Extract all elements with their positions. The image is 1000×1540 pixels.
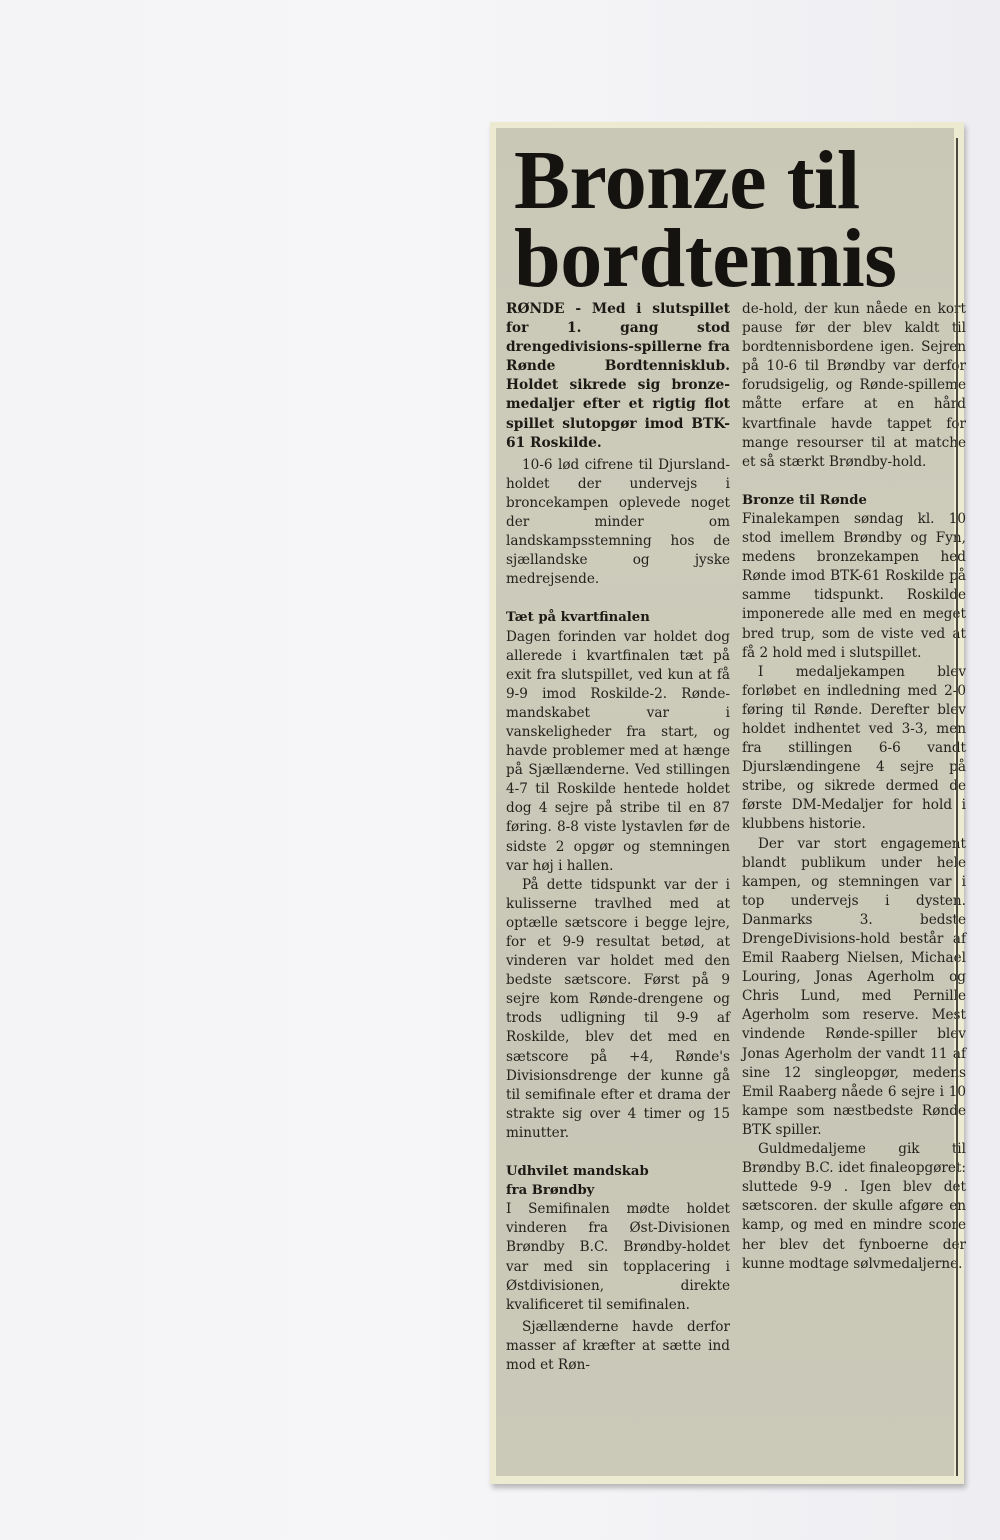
paragraph-5: Sjællænderne havde derfor masser af kræf… — [506, 1318, 730, 1375]
headline-line-2: bordtennis — [514, 220, 896, 298]
column-rule — [956, 138, 958, 1476]
subhead-kvartfinalen: Tæt på kvartfinalen — [506, 608, 730, 627]
lead-paragraph: RØNDE - Med i slutspillet for 1. gang st… — [506, 300, 730, 453]
paragraph-6: de-hold, der kun nåede en kort pause før… — [742, 300, 966, 472]
headline-line-1: Bronze til — [514, 142, 896, 220]
subhead-brondby: Udhvilet mandskab fra Brøndby — [506, 1162, 730, 1200]
subhead-bronze: Bronze til Rønde — [742, 491, 966, 510]
paragraph-4: I Semifinalen mødte holdet vinderen fra … — [506, 1200, 730, 1315]
paragraph-8: I medaljekampen blev forløbet en indledn… — [742, 663, 966, 835]
paragraph-7: Finalekampen søndag kl. 10 stod imellem … — [742, 510, 966, 663]
newspaper-clipping: Bronze til bordtennis RØNDE - Med i slut… — [490, 122, 964, 1484]
paragraph-3: På dette tidspunkt var der i kulisserne … — [506, 876, 730, 1143]
paragraph-9: Der var stort engagement blandt publikum… — [742, 835, 966, 1141]
paragraph-1: 10-6 lød cifrene til Djursland-holdet de… — [506, 456, 730, 590]
headline: Bronze til bordtennis — [514, 142, 896, 298]
clipping-paper: Bronze til bordtennis RØNDE - Med i slut… — [496, 128, 954, 1476]
paragraph-2: Dagen forinden var holdet dog allerede i… — [506, 628, 730, 876]
column-right: de-hold, der kun nåede en kort pause før… — [742, 300, 966, 1274]
subhead-brondby-line-1: Udhvilet mandskab — [506, 1162, 730, 1181]
subhead-brondby-line-2: fra Brøndby — [506, 1181, 730, 1200]
paragraph-10: Guldmedaljeme gik til Brøndby B.C. idet … — [742, 1140, 966, 1274]
column-left: RØNDE - Med i slutspillet for 1. gang st… — [506, 300, 730, 1375]
